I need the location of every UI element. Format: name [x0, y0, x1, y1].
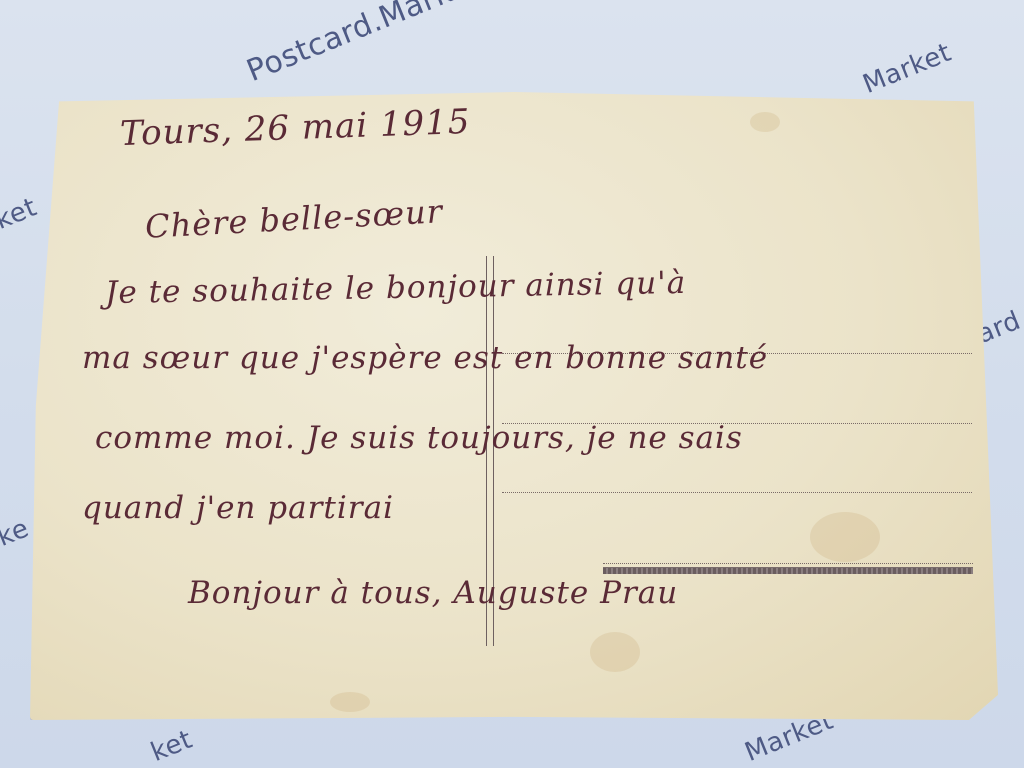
- age-stain: [750, 112, 780, 132]
- age-stain: [330, 692, 370, 712]
- watermark-bottom-left: ket: [147, 725, 197, 768]
- postcard-back: [30, 92, 998, 720]
- address-line-3: [502, 492, 972, 493]
- watermark-left-lower: rke: [0, 513, 33, 557]
- watermark-market-top-right: Market: [859, 38, 956, 100]
- handwritten-signature: Bonjour à tous, Auguste Prau: [188, 575, 678, 611]
- handwritten-line-3: comme moi. Je suis toujours, je ne sais: [95, 420, 743, 456]
- address-bar: [603, 567, 973, 574]
- handwritten-line-2: ma sœur que j'espère est en bonne santé: [82, 340, 768, 376]
- age-stain: [810, 512, 880, 562]
- address-line-4: [603, 563, 973, 564]
- handwritten-line-4: quand j'en partirai: [82, 490, 394, 526]
- age-stain: [590, 632, 640, 672]
- watermark-postcard-market-top: Postcard.Market: [242, 0, 486, 89]
- watermark-left-upper: rket: [0, 192, 41, 240]
